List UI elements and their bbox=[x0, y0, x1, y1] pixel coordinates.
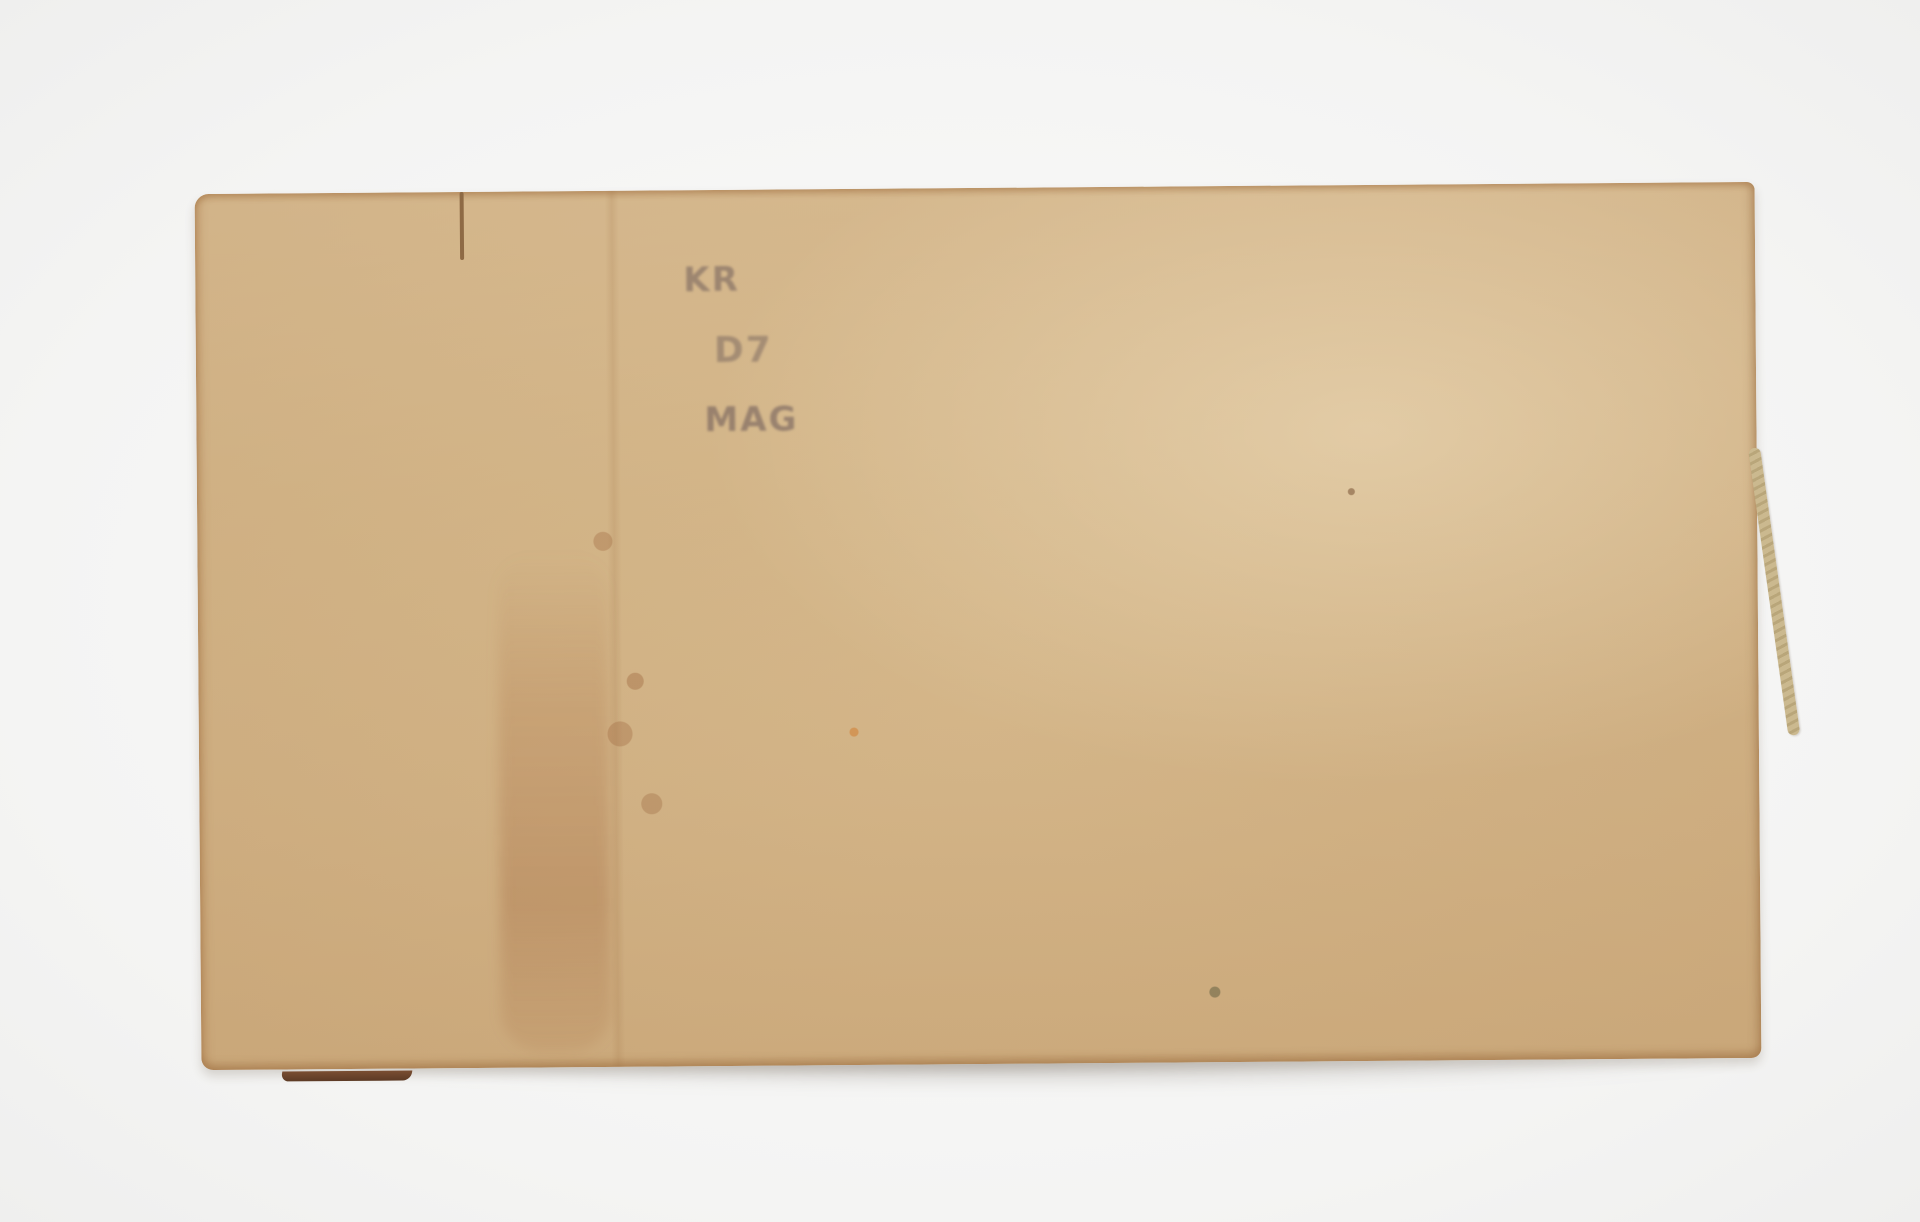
photo-scene: KR D7 MAG Old cardboard cartridge box wi… bbox=[0, 0, 1920, 1222]
bottom-flap-edge bbox=[281, 1070, 413, 1081]
faded-ink-stamp: KR D7 MAG bbox=[673, 258, 935, 490]
stain-marks bbox=[497, 551, 611, 1052]
top-edge-notch bbox=[460, 192, 465, 260]
stamp-line-3: MAG bbox=[704, 399, 798, 440]
stamp-line-1: KR bbox=[683, 260, 740, 300]
cardboard-box: KR D7 MAG bbox=[195, 182, 1762, 1070]
stamp-line-2: D7 bbox=[714, 330, 773, 371]
